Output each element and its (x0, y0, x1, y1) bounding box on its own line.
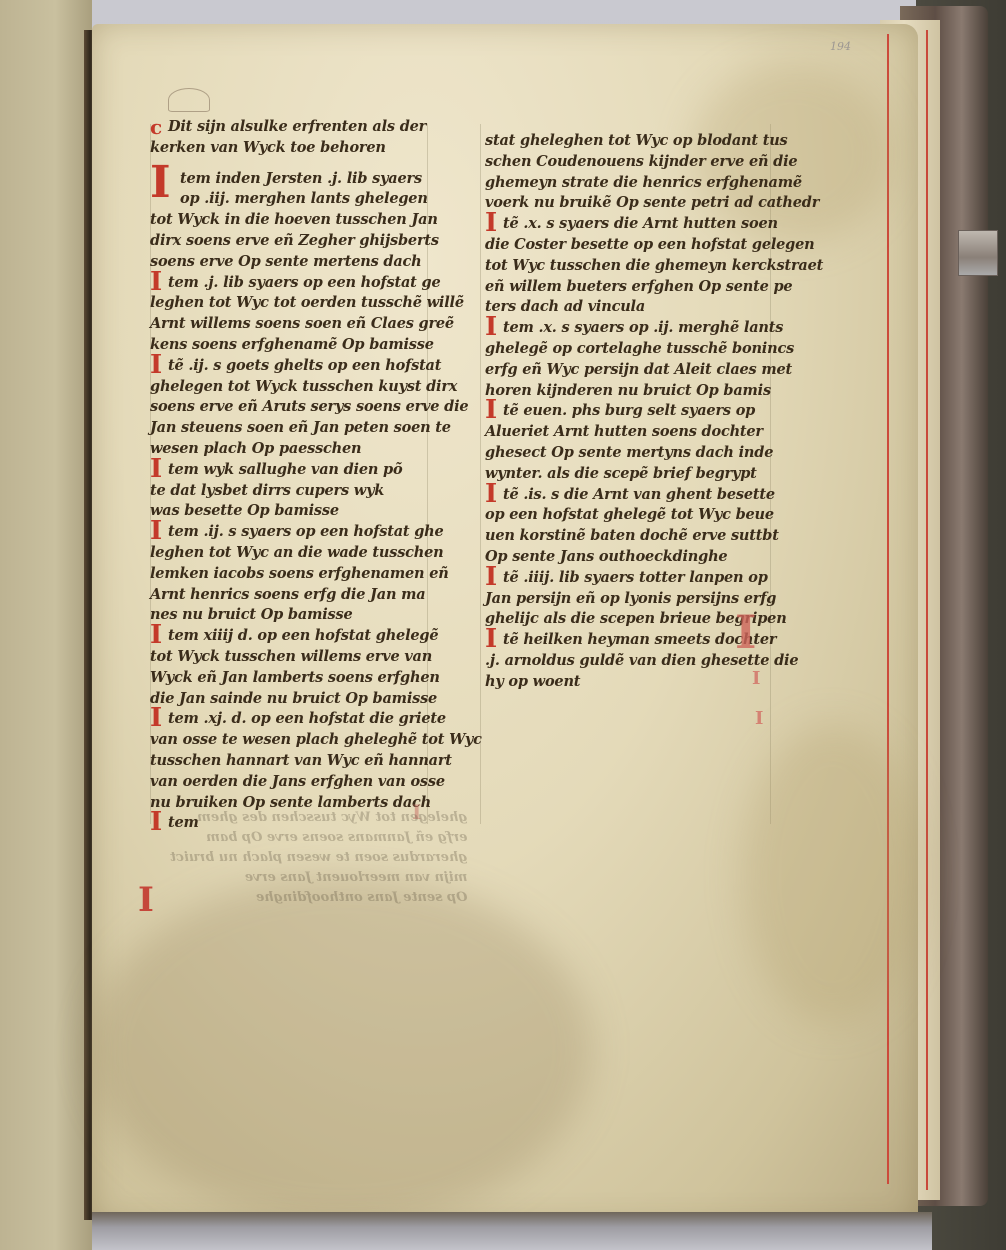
text-line: Item .ij. s syaers op een hofstat ghe (150, 522, 450, 543)
text-line: tot Wyc tusschen die ghemeyn kerckstraet (485, 256, 785, 277)
text-line: Item wyk sallughe van dien põ (150, 460, 450, 481)
show-through-text: ghelegen tot Wyc tusschen des ghem erfg … (170, 808, 467, 908)
large-initial-i: I (735, 605, 757, 659)
line-text: tẽ euen. phs burg selt syaers op (503, 402, 755, 419)
ghost-line: gherardus soen te wesen plach nu bruict (170, 848, 467, 868)
text-line: Item xiiij d. op een hofstat ghelegẽ (150, 626, 450, 647)
text-line: ghesect Op sente mertyns dach inde (485, 443, 785, 464)
rubric-initial: I (150, 356, 168, 374)
left-text-column: cDit sijn alsulke erfrenten als der kerk… (150, 117, 450, 834)
text-line: Itẽ .is. s die Arnt van ghent besette (485, 485, 785, 506)
text-line: Op sente Jans outhoeckdinghe (485, 547, 785, 568)
text-line: die Jan sainde nu bruict Op bamisse (150, 689, 450, 710)
text-line: leghen tot Wyc tot oerden tusschẽ willẽ (150, 293, 450, 314)
line-text: Arnt henrics soens erfg die Jan ma (150, 586, 425, 603)
page-bottom-edge (92, 1212, 932, 1250)
drawn-crown-ornament (168, 88, 210, 112)
facing-page-left (0, 0, 92, 1250)
line-text: soens erve eñ Aruts serys soens erve die (150, 398, 468, 415)
heading-line: cDit sijn alsulke erfrenten als der (150, 117, 450, 138)
line-text: dirx soens erve eñ Zegher ghijsberts (150, 232, 439, 249)
text-line: horen kijnderen nu bruict Op bamis (485, 381, 785, 402)
line-text: Jan steuens soen eñ Jan peten soen te (150, 419, 451, 436)
rubric-initial: I (150, 174, 180, 192)
line-text: was besette Op bamisse (150, 502, 339, 519)
rubric-initial: I (150, 460, 168, 478)
metal-clasp (958, 230, 998, 276)
parchment-stain (742, 724, 922, 1024)
rubric-initial: I (150, 273, 168, 291)
line-text: tẽ .x. s syaers die Arnt hutten soen (503, 215, 778, 232)
text-line: ters dach ad vincula (485, 297, 785, 318)
line-text: schen Coudenouens kijnder erve eñ die (485, 153, 797, 170)
line-text: stat gheleghen tot Wyc op blodant tus (485, 132, 788, 149)
text-line: Item .xj. d. op een hofstat die griete (150, 709, 450, 730)
ghost-line: mijn van meerlouent Jans erve (170, 868, 467, 888)
ghost-line: erfg eñ Janmans soens erve Op bam (170, 828, 467, 848)
folio-number: 194 (830, 40, 851, 53)
text-line: Jan steuens soen eñ Jan peten soen te (150, 418, 450, 439)
rubric-initial: I (150, 709, 168, 727)
line-text: lemken iacobs soens erfghenamen eñ (150, 565, 449, 582)
text-line: ghemeyn strate die henrics erfghenamẽ (485, 173, 785, 194)
text-line: Itẽ .x. s syaers die Arnt hutten soen (485, 214, 785, 235)
text-line: schen Coudenouens kijnder erve eñ die (485, 152, 785, 173)
line-text: horen kijnderen nu bruict Op bamis (485, 382, 771, 399)
line-text: eñ willem bueters erfghen Op sente pe (485, 278, 792, 295)
text-line: kens soens erfghenamẽ Op bamisse (150, 335, 450, 356)
line-text: die Coster besette op een hofstat gelege… (485, 236, 815, 253)
text-line: was besette Op bamisse (150, 501, 450, 522)
text-line: wynter. als die scepẽ brief begrypt (485, 464, 785, 485)
line-text: tem .x. s syaers op .ij. merghẽ lants (503, 319, 783, 336)
line-text: Wyck eñ Jan lamberts soens erfghen (150, 669, 440, 686)
line-text: ghesect Op sente mertyns dach inde (485, 444, 773, 461)
rubric-initial: I (150, 626, 168, 644)
text-line: wesen plach Op paesschen (150, 439, 450, 460)
line-text: Arnt willems soens soen eñ Claes greẽ (150, 315, 454, 332)
text-line: Arnt henrics soens erfg die Jan ma (150, 585, 450, 606)
heading-text: Dit sijn alsulke erfrenten als der (168, 118, 426, 135)
text-line: Item inden Jersten .j. lib syaers (150, 169, 450, 190)
text-line: hy op woent (485, 672, 785, 693)
line-text: kens soens erfghenamẽ Op bamisse (150, 336, 434, 353)
heading-text: kerken van Wyck toe behoren (150, 139, 386, 156)
text-line: dirx soens erve eñ Zegher ghijsberts (150, 231, 450, 252)
text-line: van osse te wesen plach gheleghẽ tot Wyc (150, 730, 450, 751)
line-text: Jan persijn eñ op lyonis persijns erfg (485, 590, 776, 607)
line-text: ters dach ad vincula (485, 298, 645, 315)
line-text: tem xiiij d. op een hofstat ghelegẽ (168, 627, 438, 644)
line-text: tẽ .ij. s goets ghelts op een hofstat (168, 357, 441, 374)
line-text: Op sente Jans outhoeckdinghe (485, 548, 727, 565)
text-line: Itẽ .ij. s goets ghelts op een hofstat (150, 356, 450, 377)
text-line: te dat lysbet dirrs cupers wyk (150, 481, 450, 502)
text-line: van oerden die Jans erfghen van osse (150, 772, 450, 793)
line-text: wesen plach Op paesschen (150, 440, 361, 457)
rubric-initial: I (150, 813, 168, 831)
rubric-initial: I (485, 214, 503, 232)
text-line: tot Wyck in die hoeven tusschen Jan (150, 210, 450, 231)
text-line: lemken iacobs soens erfghenamen eñ (150, 564, 450, 585)
line-text: ghelegẽ op cortelaghe tusschẽ bonincs (485, 340, 794, 357)
line-text: tem .xj. d. op een hofstat die griete (168, 710, 446, 727)
text-line: nes nu bruict Op bamisse (150, 605, 450, 626)
parchment-stain (92, 874, 592, 1224)
text-line: soens erve eñ Aruts serys soens erve die (150, 397, 450, 418)
line-text: uen korstinẽ baten dochẽ erve suttbt (485, 527, 779, 544)
line-text: tem .j. lib syaers op een hofstat ge (168, 274, 441, 291)
entries: Item inden Jersten .j. lib syaersop .iij… (150, 169, 450, 835)
rubric-initial: I (150, 522, 168, 540)
red-margin-rule (887, 34, 889, 1184)
rubric-initial: I (485, 401, 503, 419)
ghost-line: Op sente Jans onthoofdinghe (170, 888, 467, 908)
line-text: ghemeyn strate die henrics erfghenamẽ (485, 174, 802, 191)
rubric-initial: I (485, 318, 503, 336)
rubric-initial: I (485, 568, 503, 586)
text-line: stat gheleghen tot Wyc op blodant tus (485, 131, 785, 152)
line-text: nes nu bruict Op bamisse (150, 606, 352, 623)
text-line: Itẽ .iiij. lib syaers totter lanpen op (485, 568, 785, 589)
text-line: soens erve Op sente mertens dach (150, 252, 450, 273)
text-line: op een hofstat ghelegẽ tot Wyc beue (485, 505, 785, 526)
line-text: wynter. als die scepẽ brief begrypt (485, 465, 757, 482)
text-line: Wyck eñ Jan lamberts soens erfghen (150, 668, 450, 689)
line-text: leghen tot Wyc an die wade tusschen (150, 544, 444, 561)
text-line: Item .x. s syaers op .ij. merghẽ lants (485, 318, 785, 339)
text-line: Arnt willems soens soen eñ Claes greẽ (150, 314, 450, 335)
text-line: uen korstinẽ baten dochẽ erve suttbt (485, 526, 785, 547)
line-text: op een hofstat ghelegẽ tot Wyc beue (485, 506, 774, 523)
heading-line: kerken van Wyck toe behoren (150, 138, 450, 159)
paragraph-mark: c (150, 118, 168, 136)
text-line: ghelegẽ op cortelaghe tusschẽ bonincs (485, 339, 785, 360)
text-line: leghen tot Wyc an die wade tusschen (150, 543, 450, 564)
line-text: van oerden die Jans erfghen van osse (150, 773, 445, 790)
line-text: tot Wyc tusschen die ghemeyn kerckstraet (485, 257, 823, 274)
ghost-line: ghelegen tot Wyc tusschen des ghem (170, 808, 467, 828)
ruling-line (480, 124, 481, 824)
line-text: van osse te wesen plach gheleghẽ tot Wyc (150, 731, 482, 748)
line-text: Alueriet Arnt hutten soens dochter (485, 423, 763, 440)
line-text: tẽ .is. s die Arnt van ghent besette (503, 486, 775, 503)
text-line: eñ willem bueters erfghen Op sente pe (485, 277, 785, 298)
line-text: te dat lysbet dirrs cupers wyk (150, 482, 384, 499)
text-line: op .iij. merghen lants ghelegen (150, 189, 450, 210)
line-text: hy op woent (485, 673, 580, 690)
line-text: tẽ .iiij. lib syaers totter lanpen op (503, 569, 768, 586)
text-line: die Coster besette op een hofstat gelege… (485, 235, 785, 256)
text-line: erfg eñ Wyc persijn dat Aleit claes met (485, 360, 785, 381)
line-text: op .iij. merghen lants ghelegen (180, 190, 428, 207)
small-initial-i: I (755, 708, 763, 729)
text-line: tusschen hannart van Wyc eñ hannart (150, 751, 450, 772)
text-line: voerk nu bruikẽ Op sente petri ad cathed… (485, 193, 785, 214)
rubric-initial: I (485, 485, 503, 503)
line-text: soens erve Op sente mertens dach (150, 253, 422, 270)
line-text: tem .ij. s syaers op een hofstat ghe (168, 523, 444, 540)
line-text: tem inden Jersten .j. lib syaers (180, 170, 422, 187)
text-line: Item .j. lib syaers op een hofstat ge (150, 273, 450, 294)
small-initial-i: I (752, 668, 760, 689)
line-text: tot Wyck tusschen willems erve van (150, 648, 432, 665)
text-line: Alueriet Arnt hutten soens dochter (485, 422, 785, 443)
text-line: Itẽ euen. phs burg selt syaers op (485, 401, 785, 422)
text-line: tot Wyck tusschen willems erve van (150, 647, 450, 668)
line-text: tem wyk sallughe van dien põ (168, 461, 402, 478)
line-text: tusschen hannart van Wyc eñ hannart (150, 752, 452, 769)
text-line: ghelegen tot Wyck tusschen kuyst dirx (150, 377, 450, 398)
line-text: tot Wyck in die hoeven tusschen Jan (150, 211, 438, 228)
line-text: die Jan sainde nu bruict Op bamisse (150, 690, 437, 707)
line-text: leghen tot Wyc tot oerden tusschẽ willẽ (150, 294, 464, 311)
line-text: voerk nu bruikẽ Op sente petri ad cathed… (485, 194, 819, 211)
show-through-initial: I (138, 880, 154, 920)
line-text: ghelegen tot Wyck tusschen kuyst dirx (150, 378, 457, 395)
rubric-initial: I (485, 630, 503, 648)
line-text: erfg eñ Wyc persijn dat Aleit claes met (485, 361, 792, 378)
red-edge-rule (926, 30, 928, 1190)
